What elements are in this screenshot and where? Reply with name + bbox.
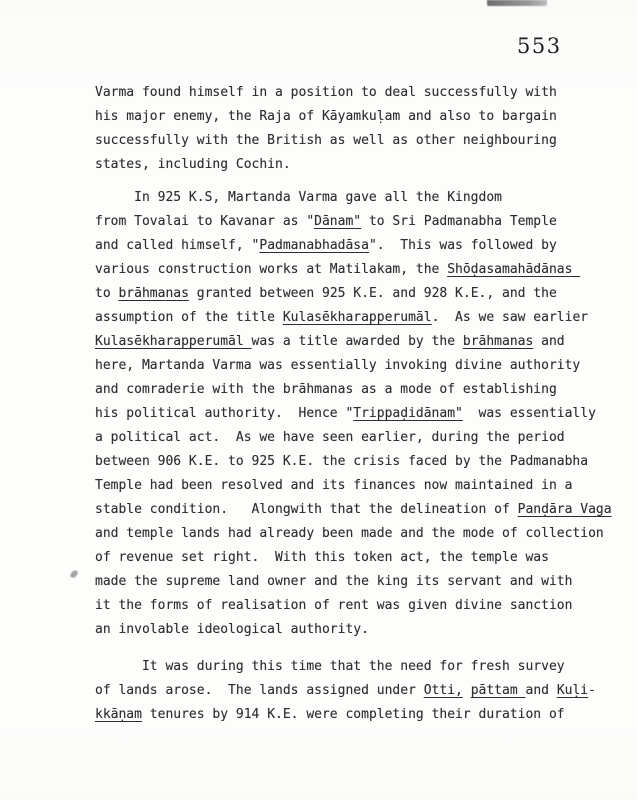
underlined-term: Trippaḍidānam" [353, 406, 463, 421]
text-segment: a political act. As we have seen earlier… [95, 430, 565, 445]
margin-smudge-mark [69, 570, 79, 579]
text-segment: to Sri Padmanabha Temple [361, 214, 557, 229]
text-line: to brāhmanas granted between 925 K.E. an… [95, 282, 620, 306]
text-segment: granted between 925 K.E. and 928 K.E., a… [189, 286, 557, 301]
text-segment: In 925 K.S, Martanda Varma gave all the … [95, 190, 502, 205]
text-segment: an involable ideological authority. [95, 622, 369, 637]
text-segment: it the forms of realisation of rent was … [95, 598, 572, 613]
text-line: from Tovalai to Kavanar as "Dānam" to Sr… [95, 210, 620, 234]
text-line: Kulasēkharapperumāl was a title awarded … [95, 330, 620, 354]
paragraph: In 925 K.S, Martanda Varma gave all the … [95, 186, 620, 642]
paragraph: Varma found himself in a position to dea… [95, 81, 620, 177]
underlined-term: pāttam [471, 683, 526, 698]
underlined-term: kkāṇam [95, 707, 142, 722]
text-segment: It was during this time that the need fo… [95, 659, 565, 674]
text-segment: Temple had been resolved and its finance… [95, 478, 572, 493]
underlined-term: Kulasēkharapperumāl [95, 334, 252, 349]
text-line: various construction works at Matilakam,… [95, 258, 620, 282]
text-segment: was essentially [463, 406, 596, 421]
underlined-term: Shōḍasamahādānas [447, 262, 580, 277]
text-segment: of lands arose. The lands assigned under [95, 683, 424, 698]
text-line: successfully with the British as well as… [95, 129, 620, 153]
text-line: assumption of the title Kulasēkharapperu… [95, 306, 620, 330]
text-line: his political authority. Hence "Trippaḍi… [95, 402, 620, 426]
underlined-term: Kulasēkharapperumāl [283, 310, 432, 325]
text-segment: assumption of the title [95, 310, 283, 325]
text-segment: tenures by 914 K.E. were completing thei… [142, 707, 565, 722]
text-segment: of revenue set right. With this token ac… [95, 550, 549, 565]
text-segment: stable condition. Alongwith that the del… [95, 502, 518, 517]
text-line: It was during this time that the need fo… [95, 655, 620, 679]
text-segment: states, including Cochin. [95, 157, 291, 172]
text-segment: various construction works at Matilakam,… [95, 262, 447, 277]
text-line: and temple lands had already been made a… [95, 522, 620, 546]
paragraph: It was during this time that the need fo… [95, 655, 620, 727]
underlined-term: brāhmanas [463, 334, 533, 349]
text-segment [463, 683, 471, 698]
text-line: a political act. As we have seen earlier… [95, 426, 620, 450]
text-segment: to [95, 286, 118, 301]
document-body: Varma found himself in a position to dea… [95, 81, 620, 727]
text-segment: and [533, 334, 564, 349]
underlined-term: Kuḷi [557, 683, 588, 698]
text-segment: successfully with the British as well as… [95, 133, 557, 148]
text-segment: - [588, 683, 596, 698]
underlined-term: Panḍāra Vaga [518, 502, 612, 517]
text-segment: ". This was followed by [369, 238, 557, 253]
scan-artifact-corner-mark [487, 0, 547, 6]
text-line: Varma found himself in a position to dea… [95, 81, 620, 105]
text-segment: his major enemy, the Raja of Kāyamkuḷam … [95, 109, 557, 124]
text-line: made the supreme land owner and the king… [95, 570, 620, 594]
text-segment: and comraderie with the brāhmanas as a m… [95, 382, 557, 397]
underlined-term: Otti, [424, 683, 463, 698]
text-line: kkāṇam tenures by 914 K.E. were completi… [95, 703, 620, 727]
text-line: stable condition. Alongwith that the del… [95, 498, 620, 522]
text-line: it the forms of realisation of rent was … [95, 594, 620, 618]
text-line: an involable ideological authority. [95, 618, 620, 642]
text-line: and comraderie with the brāhmanas as a m… [95, 378, 620, 402]
text-segment: his political authority. Hence " [95, 406, 353, 421]
text-segment: and [526, 683, 557, 698]
text-line: here, Martanda Varma was essentially inv… [95, 354, 620, 378]
text-segment: between 906 K.E. to 925 K.E. the crisis … [95, 454, 588, 469]
document-page: 553 Varma found himself in a position to… [0, 0, 637, 800]
text-line: and called himself, "Padmanabhadāsa". Th… [95, 234, 620, 258]
text-segment: here, Martanda Varma was essentially inv… [95, 358, 580, 373]
text-line: Temple had been resolved and its finance… [95, 474, 620, 498]
text-line: In 925 K.S, Martanda Varma gave all the … [95, 186, 620, 210]
text-segment: made the supreme land owner and the king… [95, 574, 572, 589]
text-line: his major enemy, the Raja of Kāyamkuḷam … [95, 105, 620, 129]
text-segment: was a title awarded by the [252, 334, 463, 349]
text-segment: Varma found himself in a position to dea… [95, 85, 557, 100]
underlined-term: Dānam" [314, 214, 361, 229]
text-line: states, including Cochin. [95, 153, 620, 177]
text-line: of lands arose. The lands assigned under… [95, 679, 620, 703]
text-line: between 906 K.E. to 925 K.E. the crisis … [95, 450, 620, 474]
text-line: of revenue set right. With this token ac… [95, 546, 620, 570]
underlined-term: brāhmanas [118, 286, 188, 301]
text-segment: from Tovalai to Kavanar as " [95, 214, 314, 229]
underlined-term: Padmanabhadāsa [259, 238, 369, 253]
text-segment: and called himself, " [95, 238, 259, 253]
text-segment: and temple lands had already been made a… [95, 526, 604, 541]
text-segment: . As we saw earlier [432, 310, 589, 325]
page-number: 553 [517, 34, 562, 58]
